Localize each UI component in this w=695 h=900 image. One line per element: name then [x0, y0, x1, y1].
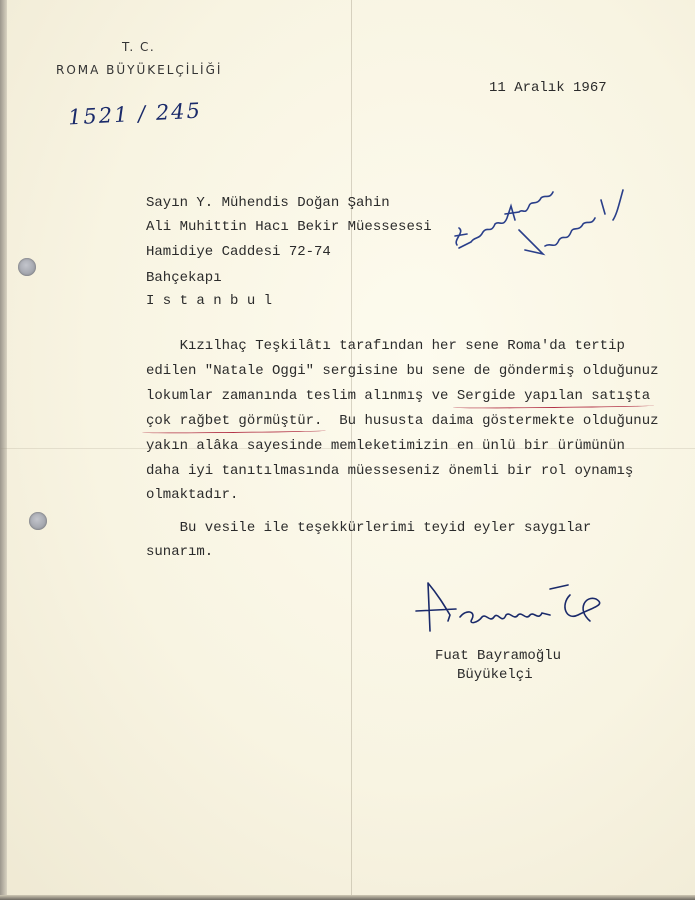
body-paragraph-1-line-2: edilen "Natale Oggi" sergisine bu sene d… — [146, 363, 658, 379]
handwritten-reference-number: 1521 / 245 — [67, 99, 202, 130]
body-text: Bu hususta daima göstermekte olduğunuz — [322, 413, 658, 429]
body-paragraph-1-line-4: çok rağbet görmüştür. Bu hususta daima g… — [146, 413, 659, 429]
recipient-company: Ali Muhittin Hacı Bekir Müessesesi — [146, 219, 432, 236]
body-text: lokumlar zamanında teslim alınmış ve — [146, 388, 457, 404]
scanned-letter: T. C. ROMA BÜYÜKELÇİLİĞİ 1521 / 245 11 A… — [0, 0, 695, 900]
paper-edge-left — [0, 0, 7, 900]
signature-icon — [410, 575, 610, 635]
punch-hole-icon — [29, 512, 47, 530]
body-paragraph-1-line-3: lokumlar zamanında teslim alınmış ve Ser… — [146, 388, 650, 404]
handwritten-annotation: Eşantiyon dosyası — [445, 170, 645, 260]
underlined-phrase: Sergide yapılan satışta — [457, 388, 650, 404]
body-paragraph-2-line-1: Bu vesile ile teşekkürlerimi teyid eyler… — [146, 520, 591, 536]
letterhead-embassy: ROMA BÜYÜKELÇİLİĞİ — [56, 63, 222, 77]
recipient-street: Hamidiye Caddesi 72-74 — [146, 244, 331, 261]
signer-name: Fuat Bayramoğlu — [435, 648, 561, 664]
paper-edge-bottom — [0, 895, 695, 900]
recipient-city: I s t a n b u l — [146, 293, 272, 310]
letter-date: 11 Aralık 1967 — [489, 80, 607, 96]
punch-hole-icon — [18, 258, 36, 276]
body-paragraph-2-line-2: sunarım. — [146, 544, 213, 560]
body-paragraph-1-line-7: olmaktadır. — [146, 487, 238, 503]
body-paragraph-1-line-5: yakın alâka sayesinde memleketimizin en … — [146, 438, 625, 454]
body-paragraph-1-line-6: daha iyi tanıtılmasında müesseseniz önem… — [146, 463, 633, 479]
body-paragraph-1-line-1: Kızılhaç Teşkilâtı tarafından her sene R… — [146, 338, 625, 354]
underlined-phrase: çok rağbet görmüştür. — [146, 413, 322, 429]
signer-title: Büyükelçi — [457, 667, 533, 683]
recipient-name: Sayın Y. Mühendis Doğan Şahin — [146, 195, 390, 212]
letterhead-state: T. C. — [122, 40, 155, 54]
recipient-district: Bahçekapı — [146, 270, 222, 287]
